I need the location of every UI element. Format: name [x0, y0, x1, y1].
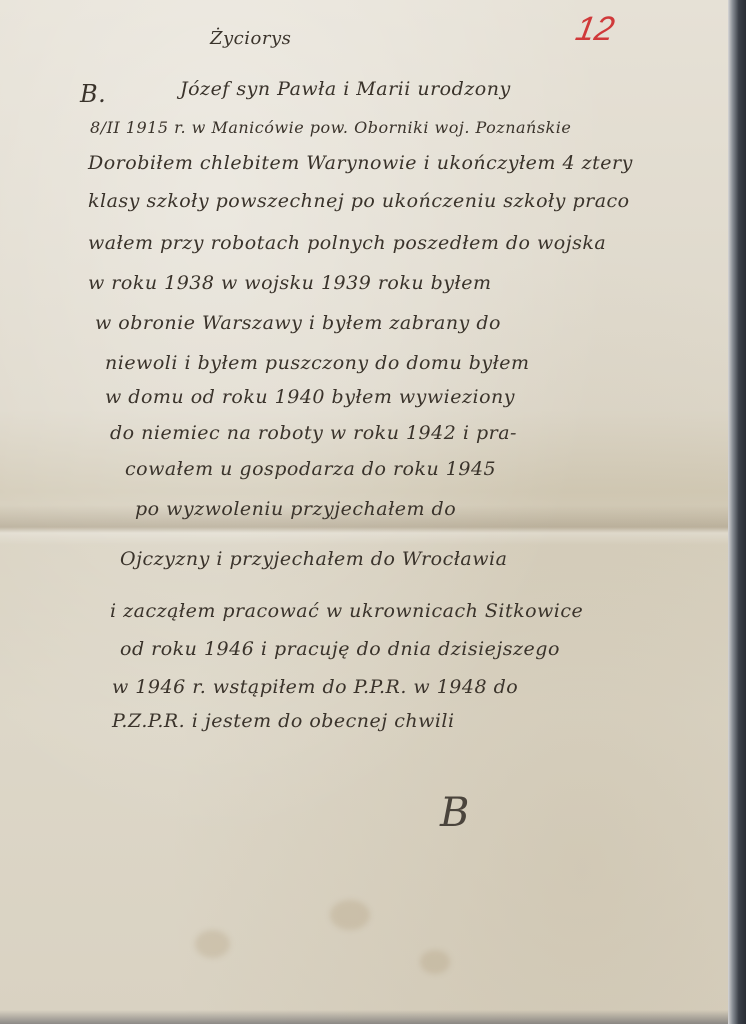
text-line: P.Z.P.R. i jestem do obecnej chwili — [112, 710, 455, 732]
text-line: Ojczyzny i przyjechałem do Wrocławia — [120, 548, 507, 570]
text-line: Dorobiłem chlebitem Warynowie i ukończył… — [88, 152, 633, 174]
paper-stain — [330, 900, 370, 930]
text-line: wałem przy robotach polnych poszedłem do… — [88, 232, 606, 254]
bottom-shadow — [0, 1010, 728, 1024]
text-line: w 1946 r. wstąpiłem do P.P.R. w 1948 do — [112, 676, 518, 698]
text-line: w roku 1938 w wojsku 1939 roku byłem — [88, 272, 491, 294]
paper-stain — [420, 950, 450, 974]
text-line: do niemiec na roboty w roku 1942 i pra- — [110, 422, 517, 444]
paper-stain — [195, 930, 230, 958]
paper-sheet: Życiorys 12 B. Józef syn Pawła i Marii u… — [0, 0, 728, 1024]
text-line: klasy szkoły powszechnej po ukończeniu s… — [88, 190, 630, 212]
text-line: cowałem u gospodarza do roku 1945 — [125, 458, 496, 480]
text-line: po wyzwoleniu przyjechałem do — [135, 498, 456, 520]
text-line: w obronie Warszawy i byłem zabrany do — [95, 312, 501, 334]
text-line: i zacząłem pracować w ukrownicach Sitkow… — [110, 600, 583, 622]
text-line: niewoli i byłem puszczony do domu byłem — [105, 352, 530, 374]
document-title: Życiorys — [210, 28, 291, 49]
text-line: w domu od roku 1940 byłem wywieziony — [105, 386, 515, 408]
signature: B — [440, 790, 470, 836]
initial-mark: B. — [80, 80, 106, 108]
document-photo: Życiorys 12 B. Józef syn Pawła i Marii u… — [0, 0, 746, 1024]
page-number: 12 — [573, 10, 618, 49]
text-line: 8/II 1915 r. w Manicówie pow. Oborniki w… — [90, 118, 571, 137]
text-line: Józef syn Pawła i Marii urodzony — [180, 78, 511, 100]
binder-edge — [728, 0, 746, 1024]
text-line: od roku 1946 i pracuję do dnia dzisiejsz… — [120, 638, 560, 660]
